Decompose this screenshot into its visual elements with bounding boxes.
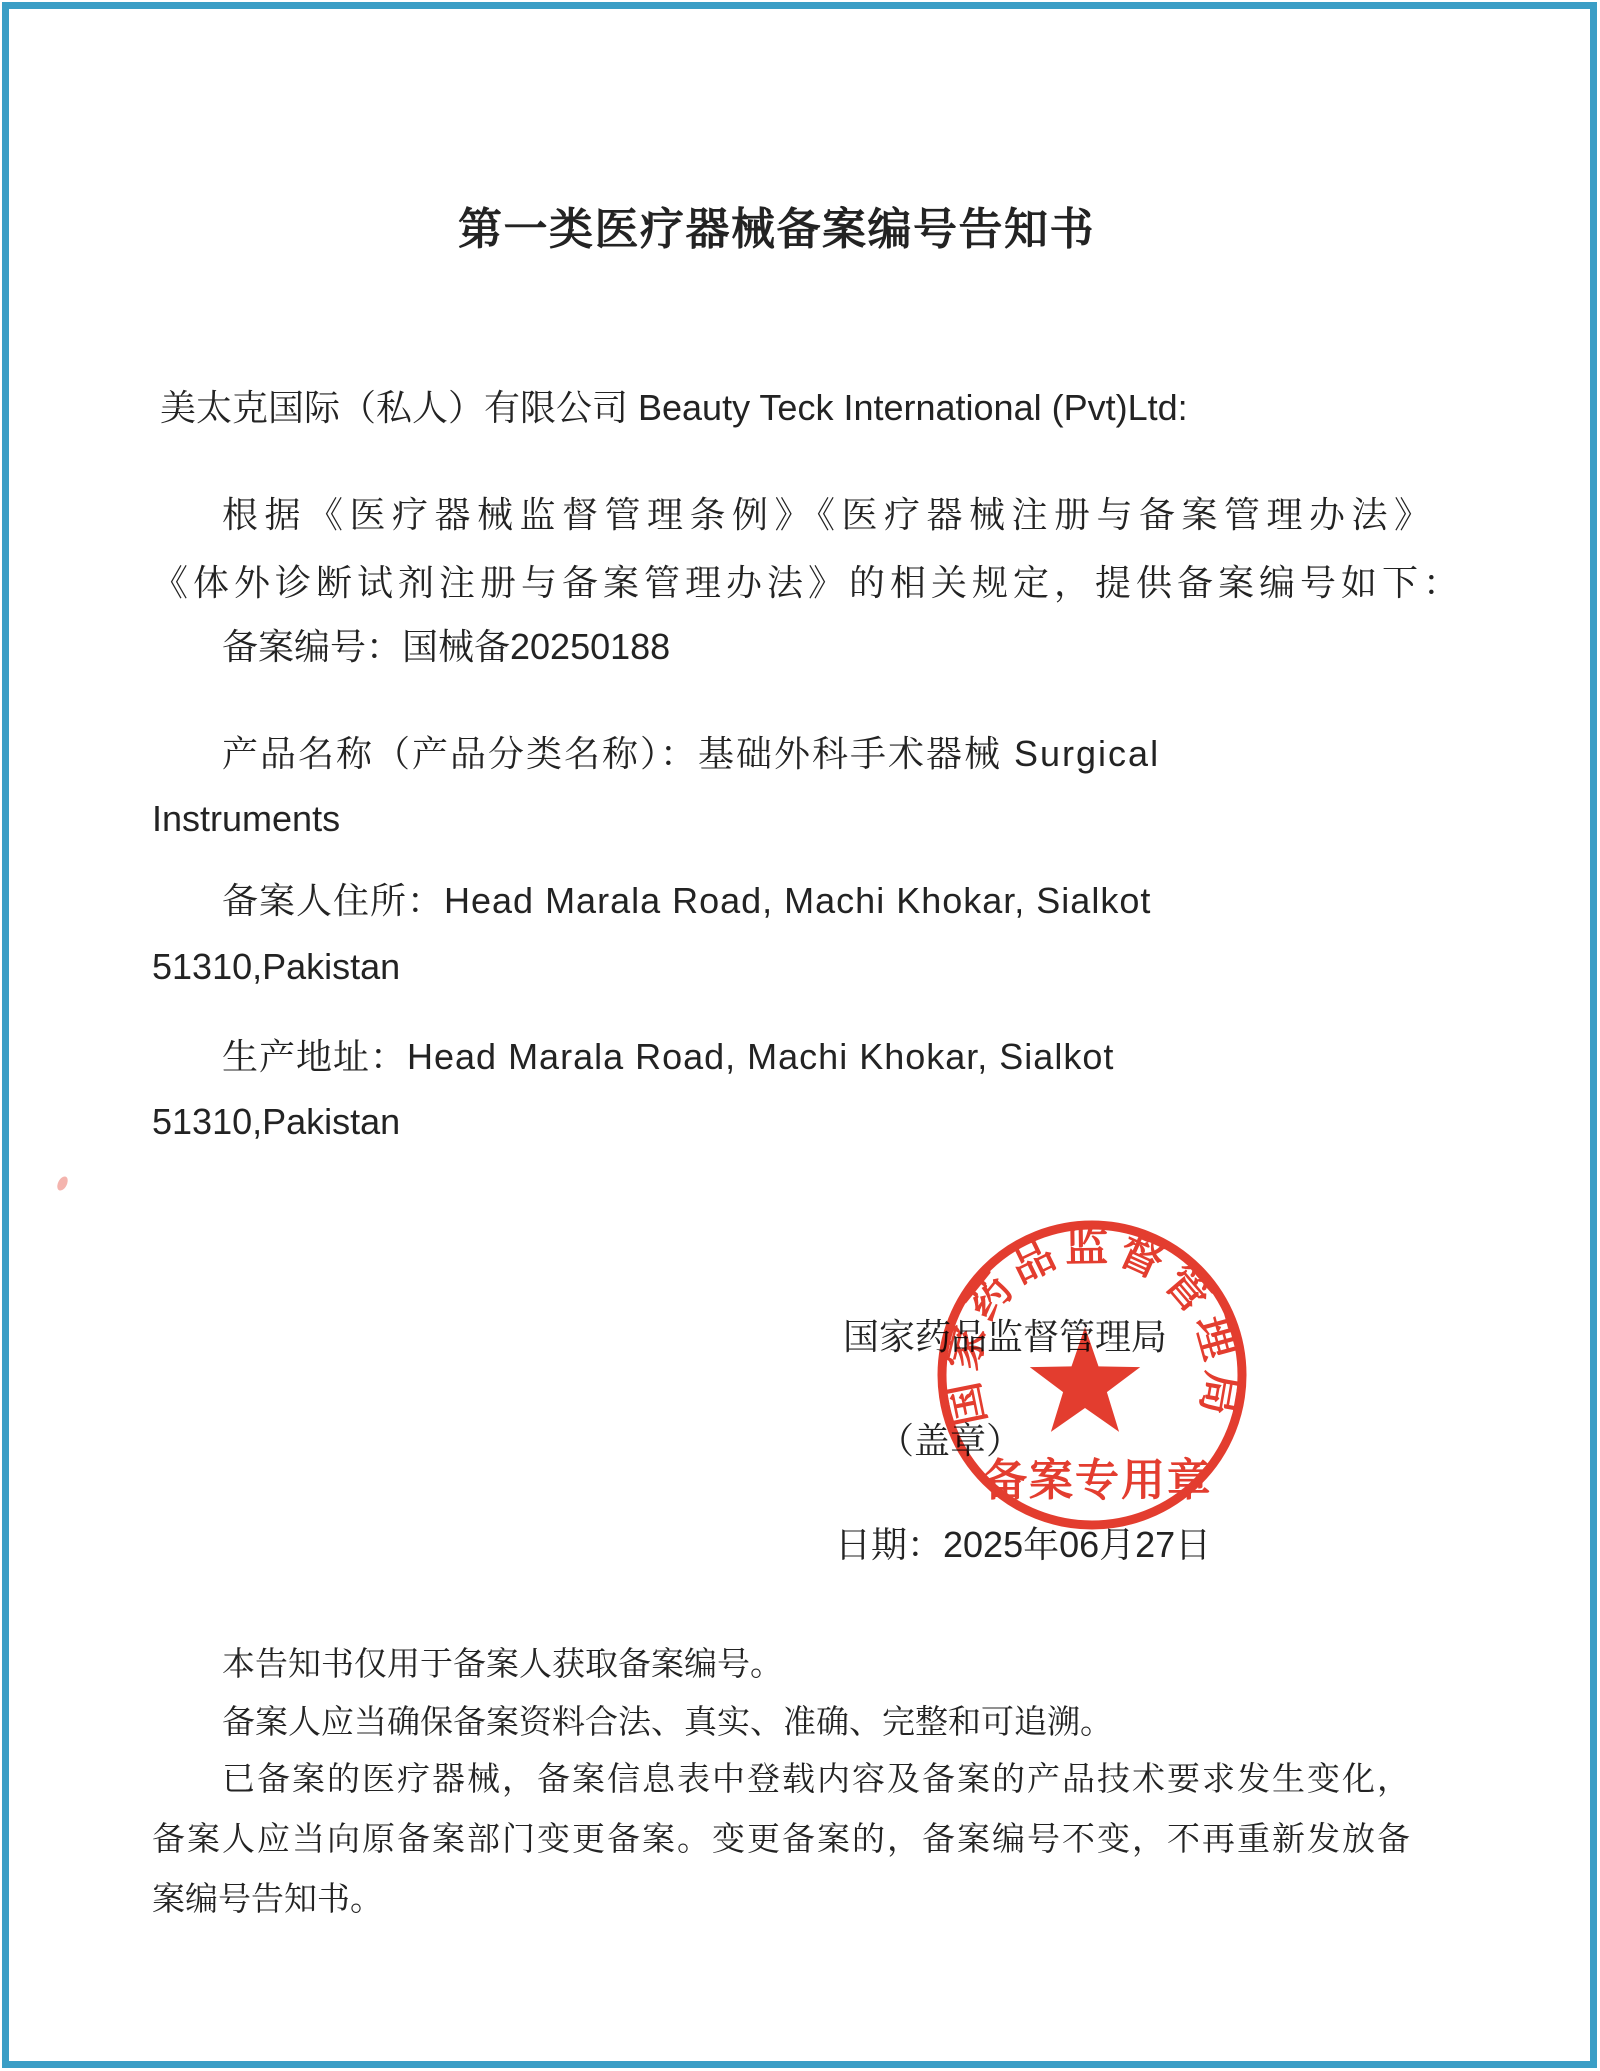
red-ink-smudge xyxy=(56,1175,69,1192)
page-border-frame xyxy=(2,2,1597,2068)
intro-line-1: 根据《医疗器械监督管理条例》《医疗器械注册与备案管理办法》 xyxy=(222,494,1437,535)
intro-line-2: 《体外诊断试剂注册与备案管理办法》的相关规定，提供备案编号如下： xyxy=(152,562,1464,603)
product-name-line-1: 产品名称（产品分类名称）：基础外科手术器械 Surgical xyxy=(222,733,1160,774)
salutation-line: 美太克国际（私人）有限公司 Beauty Teck International … xyxy=(160,387,1188,428)
registrant-address-line-1: 备案人住所：Head Marala Road, Machi Khokar, Si… xyxy=(222,880,1151,921)
product-name-line-2: Instruments xyxy=(152,798,340,839)
document-title: 第一类医疗器械备案编号告知书 xyxy=(458,205,1095,256)
filing-number-line: 备案编号：国械备20250188 xyxy=(222,626,670,667)
footer-line-4: 备案人应当向原备案部门变更备案。变更备案的，备案编号不变，不再重新发放备 xyxy=(152,1820,1412,1858)
footer-line-3: 已备案的医疗器械，备案信息表中登载内容及备案的产品技术要求发生变化， xyxy=(222,1760,1412,1798)
stamp-bottom-text: 备案专用章 xyxy=(983,1455,1213,1505)
registrant-address-line-2: 51310,Pakistan xyxy=(152,946,400,987)
star-icon xyxy=(1030,1327,1140,1432)
footer-line-5: 案编号告知书。 xyxy=(152,1880,383,1918)
footer-line-2: 备案人应当确保备案资料合法、真实、准确、完整和可追溯。 xyxy=(222,1703,1113,1741)
production-address-line-1: 生产地址：Head Marala Road, Machi Khokar, Sia… xyxy=(222,1036,1114,1077)
official-seal-stamp: 国家药品监督管理局 备案专用章 xyxy=(920,1203,1264,1547)
production-address-line-2: 51310,Pakistan xyxy=(152,1101,400,1142)
footer-line-1: 本告知书仅用于备案人获取备案编号。 xyxy=(222,1645,783,1683)
